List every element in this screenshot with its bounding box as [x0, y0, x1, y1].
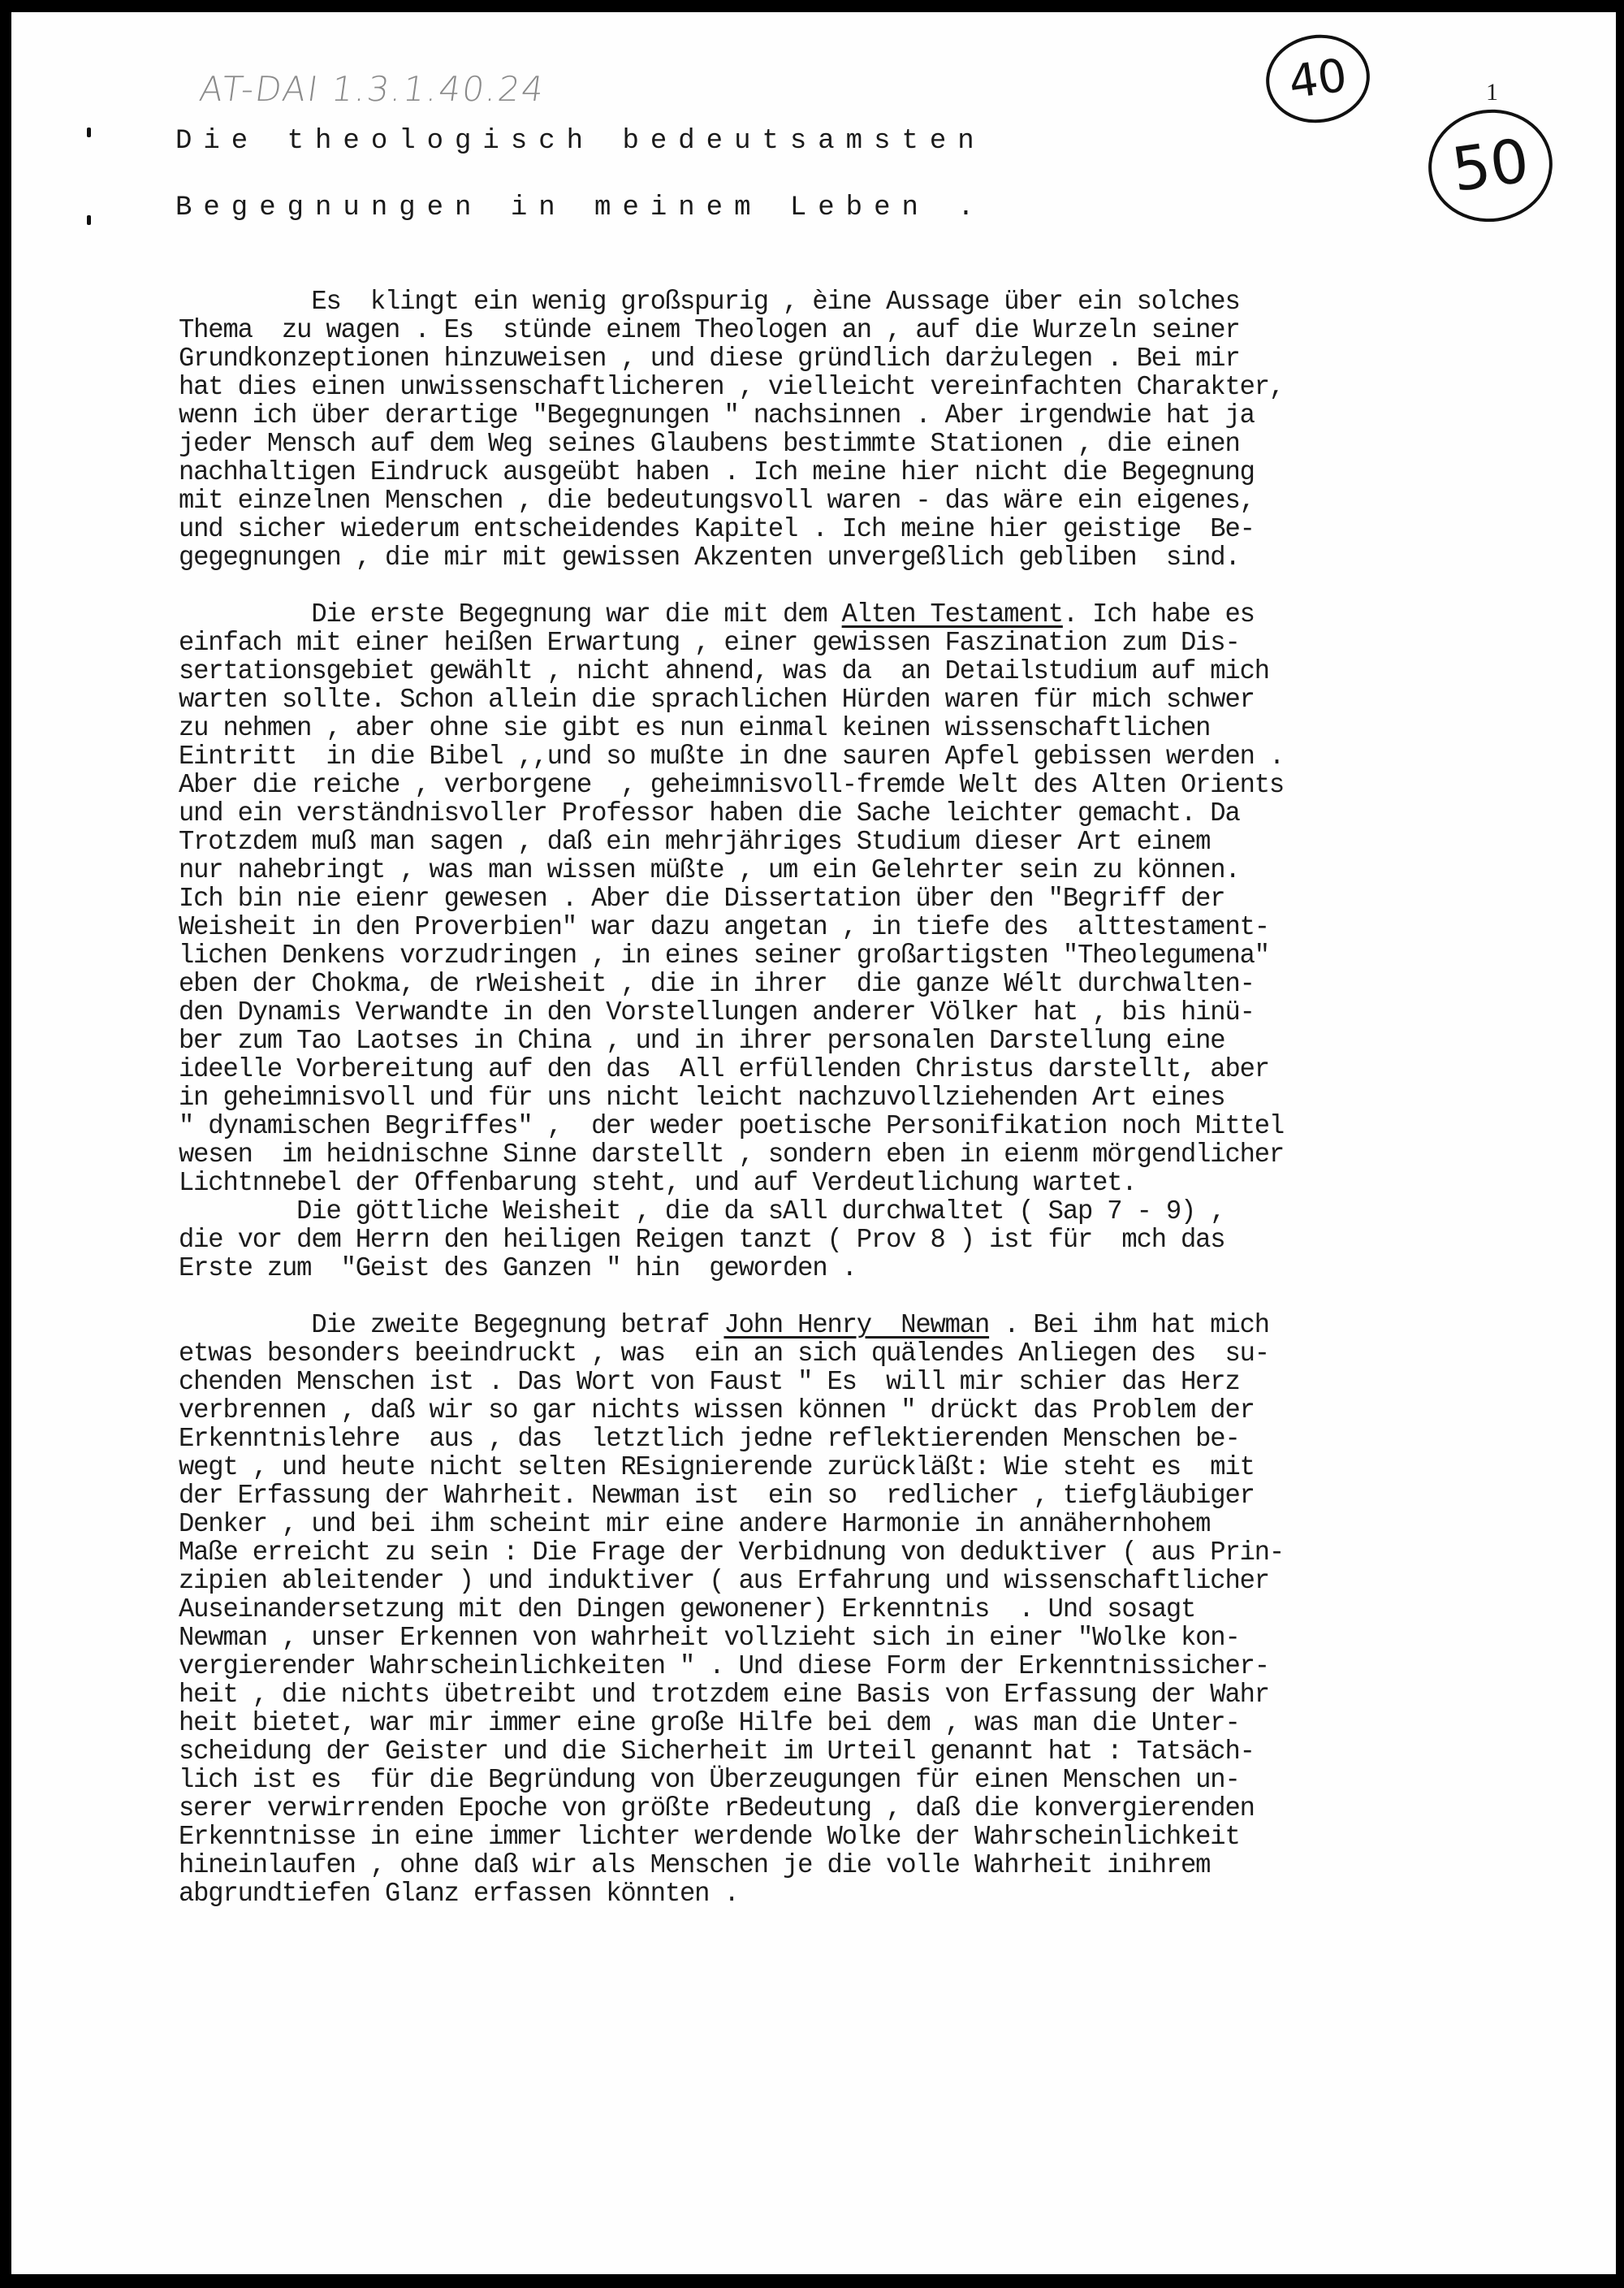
- text-line: wesen im heidnischne Sinne darstellt , s…: [179, 1141, 1566, 1170]
- text-line: nur nahebringt , was man wissen müßte , …: [179, 857, 1566, 885]
- text-line: Eintritt in die Bibel ,,und so mußte in …: [179, 743, 1566, 772]
- text-line: Erkenntnisse in eine immer lichter werde…: [179, 1823, 1566, 1852]
- body-text: Es klingt ein wenig großspurig , èine Au…: [179, 288, 1566, 1909]
- paragraph-gap: [179, 1283, 1566, 1312]
- text-line: Newman , unser Erkennen von wahrheit vol…: [179, 1624, 1566, 1653]
- text-line: Auseinandersetzung mit den Dingen gewone…: [179, 1596, 1566, 1624]
- text-line: jeder Mensch auf dem Weg seines Glaubens…: [179, 430, 1566, 459]
- text-line: der Erfassung der Wahrheit. Newman ist e…: [179, 1482, 1566, 1511]
- text-segment: . Bei ihm hat mich: [989, 1310, 1269, 1341]
- text-line: hineinlaufen , ohne daß wir als Menschen…: [179, 1852, 1566, 1880]
- text-line: scheidung der Geister und die Sicherheit…: [179, 1738, 1566, 1767]
- text-line: lichen Denkens vorzudringen , in eines s…: [179, 942, 1566, 971]
- text-line: lich ist es für die Begründung von Überz…: [179, 1767, 1566, 1795]
- text-line: mit einzelnen Menschen , die bedeutungsv…: [179, 487, 1566, 516]
- text-line: wegt , und heute nicht selten REsigniere…: [179, 1454, 1566, 1482]
- text-line: etwas besonders beeindruckt , was ein an…: [179, 1340, 1566, 1369]
- title-line-1: Die theologisch bedeutsamsten: [175, 126, 986, 157]
- underlined-john-henry-newman: John Henry Newman: [723, 1310, 989, 1341]
- text-line: nachhaltigen Eindruck ausgeübt haben . I…: [179, 459, 1566, 487]
- text-line: ber zum Tao Laotses in China , und in ih…: [179, 1027, 1566, 1056]
- text-line: heit , die nichts übetreibt und trotzdem…: [179, 1681, 1566, 1710]
- text-line: und sicher wiederum entscheidendes Kapit…: [179, 516, 1566, 544]
- underlined-alten-testament: Alten Testament: [842, 599, 1063, 630]
- page-number: 1: [1486, 79, 1498, 106]
- document-page: AT-DAI 1.3.1.40.24 40 1 50 Die theologis…: [11, 12, 1616, 2274]
- text-line: wenn ich über derartige "Begegnungen " n…: [179, 402, 1566, 430]
- text-line: einfach mit einer heißen Erwartung , ein…: [179, 629, 1566, 658]
- text-line: Weisheit in den Proverbien" war dazu ang…: [179, 914, 1566, 942]
- text-line: Erkenntnislehre aus , das letztlich jedn…: [179, 1425, 1566, 1454]
- archive-signature: AT-DAI 1.3.1.40.24: [197, 69, 548, 109]
- text-line: gegegnungen , die mir mit gewissen Akzen…: [179, 544, 1566, 573]
- text-line: eben der Chokma, de rWeisheit , die in i…: [179, 971, 1566, 999]
- text-line: Maße erreicht zu sein : Die Frage der Ve…: [179, 1539, 1566, 1568]
- text-line: chenden Menschen ist . Das Wort von Faus…: [179, 1369, 1566, 1397]
- paragraph-gap: [179, 573, 1566, 601]
- text-line: Thema zu wagen . Es stünde einem Theolog…: [179, 317, 1566, 345]
- text-line: den Dynamis Verwandte in den Vorstellung…: [179, 999, 1566, 1027]
- circled-number-50: 50: [1421, 102, 1560, 230]
- text-line: Aber die reiche , verborgene , geheimnis…: [179, 772, 1566, 800]
- text-line: " dynamischen Begriffes" , der weder poe…: [179, 1113, 1566, 1141]
- text-line: heit bietet, war mir immer eine große Hi…: [179, 1710, 1566, 1738]
- text-line: Erste zum "Geist des Ganzen " hin geword…: [179, 1255, 1566, 1283]
- text-line: warten sollte. Schon allein die sprachli…: [179, 686, 1566, 715]
- text-line: serer verwirrenden Epoche von größte rBe…: [179, 1795, 1566, 1823]
- text-line: Die göttliche Weisheit , die da sAll dur…: [179, 1198, 1566, 1226]
- text-line: zipien ableitender ) und induktiver ( au…: [179, 1568, 1566, 1596]
- text-line: verbrennen , daß wir so gar nichts wisse…: [179, 1397, 1566, 1425]
- text-line: vergierender Wahrscheinlichkeiten " . Un…: [179, 1653, 1566, 1681]
- text-segment: Die erste Begegnung war die mit dem: [179, 599, 842, 630]
- text-line-with-underline: Die erste Begegnung war die mit dem Alte…: [179, 601, 1566, 629]
- circled-number-40: 40: [1260, 28, 1376, 130]
- text-segment: . Ich habe es: [1063, 599, 1255, 630]
- title-line-2: Begegnungen in meinem Leben .: [175, 192, 986, 223]
- text-line: und ein verständnisvoller Professor habe…: [179, 800, 1566, 828]
- circled-number-text: 50: [1448, 126, 1533, 205]
- text-line-with-underline: Die zweite Begegnung betraf John Henry N…: [179, 1312, 1566, 1340]
- text-line: die vor dem Herrn den heiligen Reigen ta…: [179, 1226, 1566, 1255]
- text-line: Grundkonzeptionen hinzuweisen , und dies…: [179, 345, 1566, 374]
- margin-mark: [87, 215, 91, 225]
- text-line: Ich bin nie eienr gewesen . Aber die Dis…: [179, 885, 1566, 914]
- margin-mark: [87, 128, 91, 137]
- text-line: in geheimnisvoll und für uns nicht leich…: [179, 1084, 1566, 1113]
- text-segment: Die zweite Begegnung betraf: [179, 1310, 723, 1341]
- text-line: zu nehmen , aber ohne sie gibt es nun ei…: [179, 715, 1566, 743]
- text-line: hat dies einen unwissenschaftlicheren , …: [179, 374, 1566, 402]
- text-line: Es klingt ein wenig großspurig , èine Au…: [179, 288, 1566, 317]
- text-line: Trotzdem muß man sagen , daß ein mehrjäh…: [179, 828, 1566, 857]
- text-line: Lichtnnebel der Offenbarung steht, und a…: [179, 1170, 1566, 1198]
- text-line: abgrundtiefen Glanz erfassen könnten .: [179, 1880, 1566, 1909]
- circled-number-text: 40: [1285, 49, 1350, 109]
- text-line: ideelle Vorbereitung auf den das All erf…: [179, 1056, 1566, 1084]
- text-line: sertationsgebiet gewählt , nicht ahnend,…: [179, 658, 1566, 686]
- text-line: Denker , und bei ihm scheint mir eine an…: [179, 1511, 1566, 1539]
